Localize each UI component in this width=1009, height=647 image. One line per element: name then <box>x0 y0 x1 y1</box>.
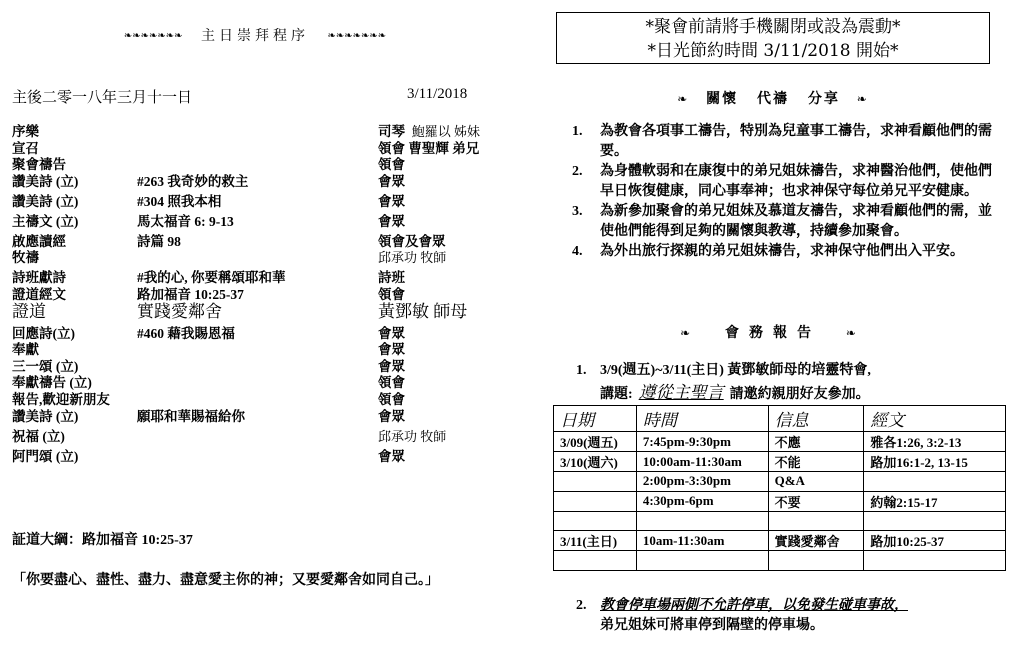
service-item: 牧禱 邱承功 牧師 <box>12 250 512 270</box>
service-item-leader: 會眾 <box>378 342 405 358</box>
cell-date: 3/10(週六) <box>554 452 637 472</box>
date-chinese: 主後二零一八年三月十一日 <box>12 90 192 106</box>
header-date: 日期 <box>554 406 637 432</box>
leader-role: 司琴 <box>378 124 405 139</box>
service-item-detail: #我的心, 你要稱頌耶和華 <box>137 270 286 286</box>
service-item-leader: 會眾 <box>378 326 405 342</box>
table-row: 3/09(週五) 7:45pm-9:30pm 不應 雅各1:26, 3:2-13 <box>554 432 1006 452</box>
header-time: 時間 <box>636 406 768 432</box>
service-item-name: 主禱文 (立) <box>12 214 78 230</box>
service-item-leader: 司琴 鮑羅以 姊妹 <box>378 124 480 140</box>
service-item-leader: 邱承功 牧師 <box>378 429 446 445</box>
cell-date <box>554 491 637 511</box>
sermon-outline: 証道大綱：路加福音 10:25-37 <box>12 529 193 549</box>
worship-order-title: 主日崇拜程序 <box>201 28 309 44</box>
schedule-table: 日期 時間 信息 經文 3/09(週五) 7:45pm-9:30pm 不應 雅各… <box>553 405 1006 571</box>
cell-time <box>636 511 768 531</box>
cell-date: 3/09(週五) <box>554 432 637 452</box>
service-item-detail: 詩篇 98 <box>137 234 181 250</box>
service-item: 阿門頌 (立) 會眾 <box>12 449 512 469</box>
prayer-text: 為教會各項事工禱告，特別為兒童事工禱告，求神看顧他們的需要。 <box>600 124 992 159</box>
cell-scripture: 路加10:25-37 <box>864 531 1006 551</box>
worship-order-header: ❧❧❧❧❧❧❧ 主日崇拜程序 ❧❧❧❧❧❧❧ <box>0 25 510 45</box>
service-item-leader: 會眾 <box>378 194 405 210</box>
announcement-1-line1: 1.3/9(週五)~3/11(主日) 黃鄧敏師母的培靈特會, <box>576 360 1006 382</box>
service-item-name: 牧禱 <box>12 250 39 266</box>
service-item-leader: 領會 曹聖輝 弟兄 <box>378 141 479 157</box>
announcement-number: 1. <box>576 360 600 382</box>
ornament-icon: ❧ <box>677 92 689 106</box>
service-item-detail: 願耶和華賜福給你 <box>137 409 245 425</box>
worship-order-column: ❧❧❧❧❧❧❧ 主日崇拜程序 ❧❧❧❧❧❧❧ 主後二零一八年三月十一日 3/11… <box>0 0 510 647</box>
table-row <box>554 511 1006 531</box>
cell-date <box>554 551 637 571</box>
service-item-name: 讚美詩 (立) <box>12 409 78 425</box>
service-date: 主後二零一八年三月十一日 3/11/2018 <box>12 86 472 107</box>
service-item: 聚會禱告 領會 <box>12 157 512 174</box>
ornament-icon: ❧❧❧❧❧❧❧ <box>124 31 183 42</box>
cell-message: 不能 <box>768 452 864 472</box>
prayer-text: 為外出旅行探親的弟兄姐妹禱告，求神保守他們出入平安。 <box>600 244 964 259</box>
service-item-name: 宣召 <box>12 141 39 157</box>
service-item: 宣召 領會 曹聖輝 弟兄 <box>12 141 512 158</box>
date-numeric: 3/11/2018 <box>407 86 467 103</box>
phone-notice-box: *聚會前請將手機關閉或設為震動* *日光節約時間 3/11/2018 開始* <box>556 12 990 64</box>
prayer-text: 為新參加聚會的弟兄姐妹及慕道友禱告，求神看顧他們的需，並使他們能得到足夠的關懷與… <box>600 204 992 239</box>
cell-time <box>636 551 768 571</box>
service-item-leader: 會眾 <box>378 359 405 375</box>
topic-title: 遵從主聖言 <box>639 383 724 402</box>
cell-scripture: 路加16:1-2, 13-15 <box>864 452 1006 472</box>
service-item-leader: 領會 <box>378 287 405 303</box>
prayer-number: 3. <box>572 202 583 222</box>
service-item-name: 聚會禱告 <box>12 157 66 173</box>
service-item-name: 報告,歡迎新朋友 <box>12 392 110 408</box>
table-row: 3/11(主日) 10am-11:30am 實踐愛鄰舍 路加10:25-37 <box>554 531 1006 551</box>
sermon-title: 實踐愛鄰舍 <box>137 304 222 320</box>
cell-time: 10am-11:30am <box>636 531 768 551</box>
cell-scripture <box>864 551 1006 571</box>
table-row: 4:30pm-6pm 不要 約翰2:15-17 <box>554 491 1006 511</box>
prayer-title-care: 關懷 <box>706 91 738 107</box>
prayer-item: 3.為新參加聚會的弟兄姐妹及慕道友禱告，求神看顧他們的需，並使他們能得到足夠的關… <box>572 202 1004 242</box>
table-row <box>554 551 1006 571</box>
notice-line-dst: *日光節約時間 3/11/2018 開始* <box>557 39 989 63</box>
service-item: 奉獻 會眾 <box>12 342 512 359</box>
parking-warning: 教會停車場兩側不允許停車，以免發生碰車事故， <box>600 598 908 613</box>
service-item: 序樂 司琴 鮑羅以 姊妹 <box>12 124 512 141</box>
service-item-name: 啟應讀經 <box>12 234 66 250</box>
order-of-service: 序樂 司琴 鮑羅以 姊妹 宣召 領會 曹聖輝 弟兄 聚會禱告 領會 讚美詩 (立… <box>12 124 512 469</box>
service-item-leader: 會眾 <box>378 214 405 230</box>
service-item-leader: 會眾 <box>378 409 405 425</box>
table-row: 2:00pm-3:30pm Q&A <box>554 472 1006 492</box>
service-item-leader: 會眾 <box>378 174 405 190</box>
service-item: 奉獻禱告 (立) 領會 <box>12 375 512 392</box>
service-item-name: 奉獻 <box>12 342 39 358</box>
service-item-name: 讚美詩 (立) <box>12 194 78 210</box>
service-item-leader: 領會及會眾 <box>378 234 446 250</box>
header-message: 信息 <box>768 406 864 432</box>
key-verse: 「你要盡心、盡性、盡力、盡意愛主你的神；又要愛鄰舍如同自己。」 <box>12 569 439 589</box>
service-item-leader: 邱承功 牧師 <box>378 250 446 266</box>
service-item: 啟應讀經 詩篇 98 領會及會眾 <box>12 234 512 251</box>
announcement-number: 2. <box>576 596 600 616</box>
service-item-name: 證道 <box>12 304 46 320</box>
ornament-icon: ❧ <box>680 326 700 340</box>
service-item-name: 詩班獻詩 <box>12 270 66 286</box>
prayer-number: 2. <box>572 162 583 182</box>
header-scripture: 經文 <box>864 406 1006 432</box>
cell-date: 3/11(主日) <box>554 531 637 551</box>
service-item-detail: #304 照我本相 <box>137 194 221 210</box>
ornament-icon: ❧ <box>846 326 866 340</box>
service-item: 祝福 (立) 邱承功 牧師 <box>12 429 512 449</box>
cell-date <box>554 472 637 492</box>
table-row: 3/10(週六) 10:00am-11:30am 不能 路加16:1-2, 13… <box>554 452 1006 472</box>
leader-name: 曹聖輝 弟兄 <box>408 141 479 156</box>
announcement-1: 1.3/9(週五)~3/11(主日) 黃鄧敏師母的培靈特會, 講題:遵從主聖言請… <box>576 360 1006 406</box>
cell-time: 7:45pm-9:30pm <box>636 432 768 452</box>
service-item-name: 回應詩(立) <box>12 326 75 342</box>
cell-time: 4:30pm-6pm <box>636 491 768 511</box>
service-item-name: 奉獻禱告 (立) <box>12 375 92 391</box>
service-item: 詩班獻詩 #我的心, 你要稱頌耶和華 詩班 <box>12 270 512 287</box>
cell-date <box>554 511 637 531</box>
service-item: 讚美詩 (立) 願耶和華賜福給你 會眾 <box>12 409 512 429</box>
prayer-section-header: ❧ 關懷 代禱 分享 ❧ <box>556 88 990 108</box>
topic-label: 講題: <box>600 387 633 402</box>
service-item-leader: 領會 <box>378 375 405 391</box>
cell-message <box>768 511 864 531</box>
cell-time: 10:00am-11:30am <box>636 452 768 472</box>
service-item: 回應詩(立) #460 藉我賜恩福 會眾 <box>12 326 512 343</box>
cell-scripture <box>864 511 1006 531</box>
report-section-header: ❧ 會務報告 ❧ <box>556 322 990 342</box>
cell-scripture: 雅各1:26, 3:2-13 <box>864 432 1006 452</box>
parking-instruction: 弟兄姐妹可將車停到隔壁的停車場。 <box>576 616 1006 636</box>
service-item-leader: 會眾 <box>378 449 405 465</box>
bulletin-page: ❧❧❧❧❧❧❧ 主日崇拜程序 ❧❧❧❧❧❧❧ 主後二零一八年三月十一日 3/11… <box>0 0 1009 647</box>
service-item-leader: 詩班 <box>378 270 405 286</box>
cell-message: 不應 <box>768 432 864 452</box>
announcement-1-line2: 講題:遵從主聖言請邀約親朋好友參加。 <box>576 382 1006 406</box>
service-item: 主禱文 (立) 馬太福音 6: 9-13 會眾 <box>12 214 512 234</box>
service-item-name: 三一頌 (立) <box>12 359 78 375</box>
service-item: 讚美詩 (立) #304 照我本相 會眾 <box>12 194 512 214</box>
leader-role: 領會 <box>378 141 405 156</box>
service-item-detail: #460 藉我賜恩福 <box>137 326 235 342</box>
prayer-item: 1.為教會各項事工禱告，特別為兒童事工禱告，求神看顧他們的需要。 <box>572 122 1004 162</box>
prayer-title-share: 分享 <box>808 91 840 107</box>
service-item: 報告,歡迎新朋友 領會 <box>12 392 512 409</box>
service-item-detail: 路加福音 10:25-37 <box>137 287 244 303</box>
service-item-leader: 領會 <box>378 392 405 408</box>
invite-text: 請邀約親朋好友參加。 <box>730 387 870 402</box>
table-header-row: 日期 時間 信息 經文 <box>554 406 1006 432</box>
prayer-list: 1.為教會各項事工禱告，特別為兒童事工禱告，求神看顧他們的需要。 2.為身體軟弱… <box>572 122 1004 262</box>
cell-time: 2:00pm-3:30pm <box>636 472 768 492</box>
announcement-2: 2.教會停車場兩側不允許停車，以免發生碰車事故， 弟兄姐妹可將車停到隔壁的停車場… <box>576 596 1006 636</box>
cell-scripture: 約翰2:15-17 <box>864 491 1006 511</box>
report-title: 會務報告 <box>725 325 821 341</box>
service-item: 讚美詩 (立) #263 我奇妙的救主 會眾 <box>12 174 512 194</box>
preacher-name: 黃鄧敏 師母 <box>378 304 467 320</box>
service-item-leader: 領會 <box>378 157 405 173</box>
service-item-name: 祝福 (立) <box>12 429 65 445</box>
cell-message <box>768 551 864 571</box>
service-item-name: 讚美詩 (立) <box>12 174 78 190</box>
prayer-text: 為身體軟弱和在康復中的弟兄姐妹禱告，求神醫治他們，使他們早日恢復健康，同心事奉神… <box>600 164 992 199</box>
service-item-detail: 馬太福音 6: 9-13 <box>137 214 234 230</box>
service-item-name: 證道經文 <box>12 287 66 303</box>
service-item: 三一頌 (立) 會眾 <box>12 359 512 376</box>
prayer-number: 1. <box>572 122 583 142</box>
service-item-name: 阿門頌 (立) <box>12 449 78 465</box>
cell-message: 實踐愛鄰舍 <box>768 531 864 551</box>
cell-message: Q&A <box>768 472 864 492</box>
cell-scripture <box>864 472 1006 492</box>
prayer-item: 2.為身體軟弱和在康復中的弟兄姐妹禱告，求神醫治他們，使他們早日恢復健康，同心事… <box>572 162 1004 202</box>
prayer-title-intercession: 代禱 <box>757 91 789 107</box>
prayer-item: 4.為外出旅行探親的弟兄姐妹禱告，求神保守他們出入平安。 <box>572 242 1004 262</box>
leader-name: 鮑羅以 姊妹 <box>412 124 480 139</box>
notice-line-phones: *聚會前請將手機關閉或設為震動* <box>557 15 989 39</box>
service-item-detail: #263 我奇妙的救主 <box>137 174 248 190</box>
prayer-number: 4. <box>572 242 583 262</box>
revival-meeting-text: 3/9(週五)~3/11(主日) 黃鄧敏師母的培靈特會, <box>600 363 871 378</box>
service-item-name: 序樂 <box>12 124 39 140</box>
cell-message: 不要 <box>768 491 864 511</box>
announcement-2-line1: 2.教會停車場兩側不允許停車，以免發生碰車事故， <box>576 596 1006 616</box>
ornament-icon: ❧ <box>857 92 869 106</box>
ornament-icon: ❧❧❧❧❧❧❧ <box>327 31 386 42</box>
service-item-sermon: 證道 實踐愛鄰舍 黃鄧敏 師母 <box>12 304 512 326</box>
